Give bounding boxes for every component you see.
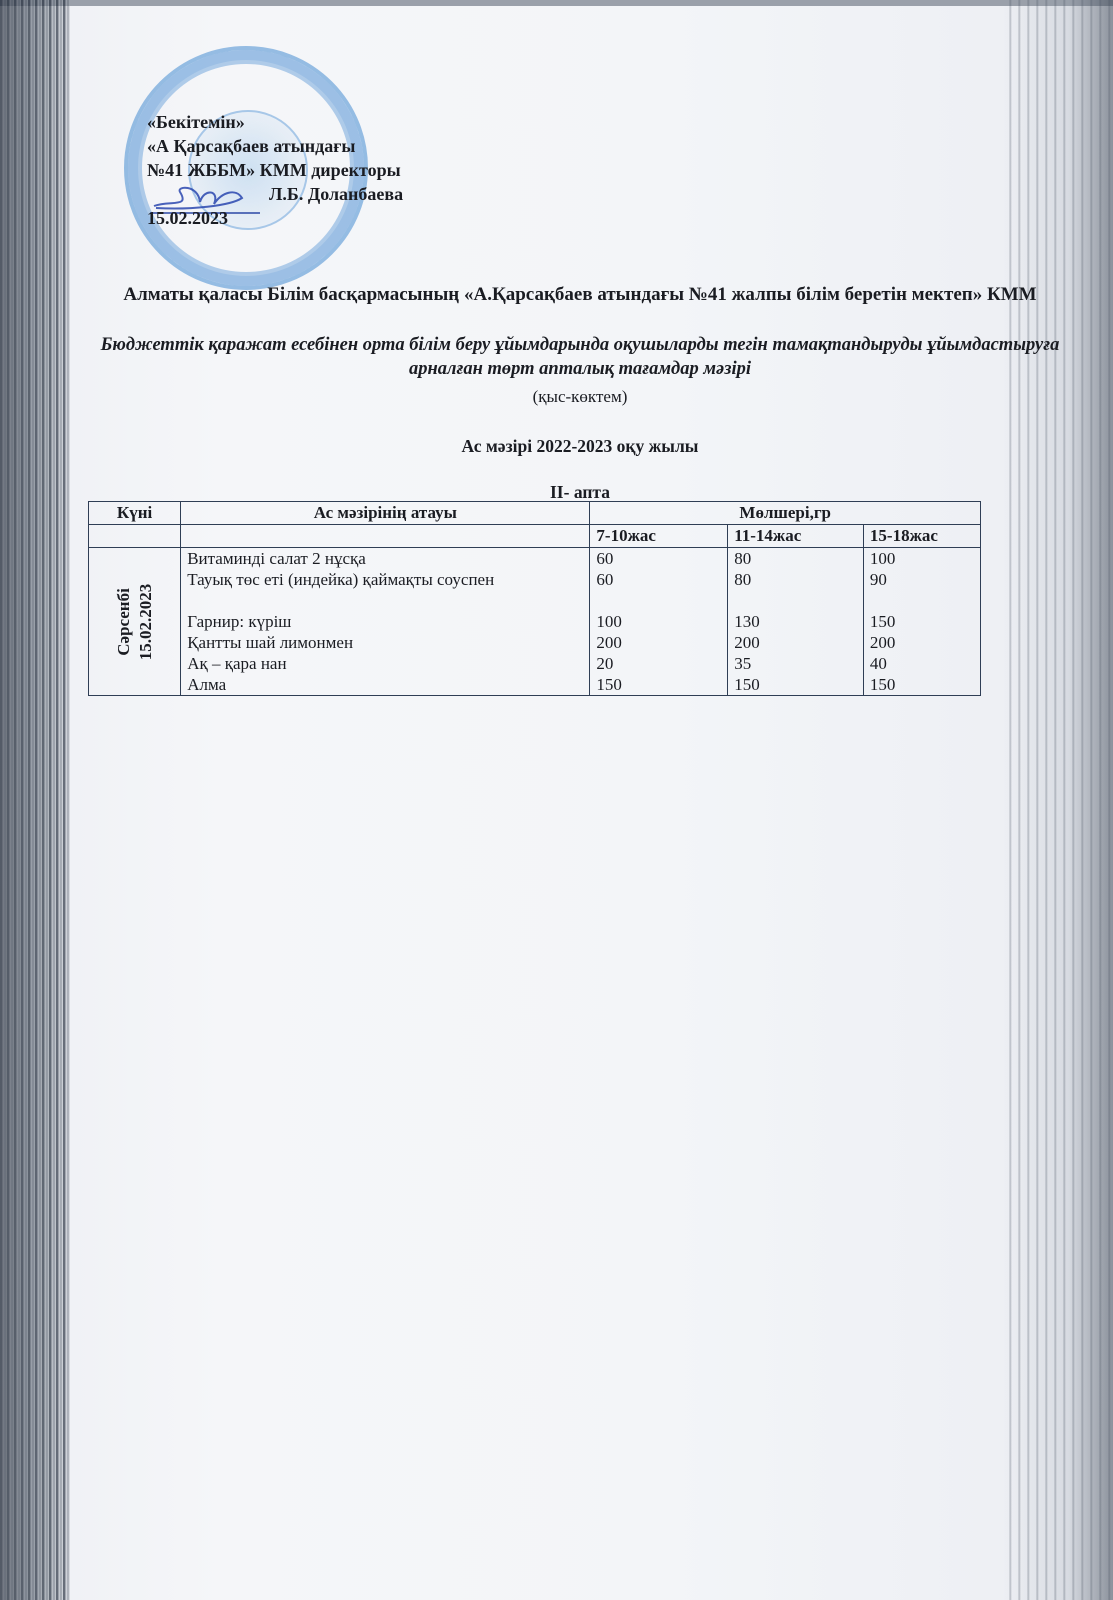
document-subtitle: Бюджеттік қаражат есебінен орта білім бе… [100, 333, 1060, 381]
amount-value: 20 [596, 653, 721, 674]
scan-right-edge [1003, 0, 1113, 1600]
age-group-7-10: 7-10жас [590, 525, 728, 548]
scan-left-edge [0, 0, 70, 1600]
dish-name: Қантты шай лимонмен [187, 632, 583, 653]
approval-position: №41 ЖББМ» КММ директоры [147, 158, 403, 182]
empty-cell [181, 525, 590, 548]
header-amount: Мөлшері,гр [590, 502, 981, 525]
amount-value: 80 [734, 569, 857, 611]
table-row: Сәрсенбі 15.02.2023 Витаминді салат 2 нұ… [89, 548, 981, 696]
amount-list-11-14: 80 80 130 200 35 150 [728, 548, 864, 696]
age-group-15-18: 15-18жас [863, 525, 980, 548]
approval-title: «Бекітемін» [147, 110, 403, 134]
amount-value: 100 [870, 548, 974, 569]
age-group-row: 7-10жас 11-14жас 15-18жас [89, 525, 981, 548]
amount-value: 40 [870, 653, 974, 674]
amount-value: 80 [734, 548, 857, 569]
amount-value: 200 [870, 632, 974, 653]
approval-signer: Л.Б. Доланбаева [269, 184, 403, 204]
day-weekday: Сәрсенбі [113, 583, 135, 660]
day-cell: Сәрсенбі 15.02.2023 [89, 548, 181, 696]
amount-value: 200 [596, 632, 721, 653]
amount-value: 150 [734, 674, 857, 695]
amount-value: 90 [870, 569, 974, 611]
dish-list: Витаминді салат 2 нұсқа Тауық төс еті (и… [181, 548, 590, 696]
organization-title: Алматы қаласы Білім басқармасының «А.Қар… [100, 283, 1060, 307]
approval-block: «Бекітемін» «А Қарсақбаев атындағы №41 Ж… [147, 110, 403, 230]
dish-name: Гарнир: күріш [187, 611, 583, 632]
menu-year-title: Ас мәзірі 2022-2023 оқу жылы [100, 434, 1060, 458]
amount-value: 150 [870, 674, 974, 695]
amount-value: 150 [870, 611, 974, 632]
amount-value: 150 [596, 674, 721, 695]
age-group-11-14: 11-14жас [728, 525, 864, 548]
amount-value: 60 [596, 548, 721, 569]
amount-value: 130 [734, 611, 857, 632]
empty-cell [89, 525, 181, 548]
approval-school: «А Қарсақбаев атындағы [147, 134, 403, 158]
header-day: Күні [89, 502, 181, 525]
dish-name: Тауық төс еті (индейка) қаймақты соуспен [187, 569, 583, 611]
amount-list-15-18: 100 90 150 200 40 150 [863, 548, 980, 696]
season-label: (қыс-көктем) [100, 385, 1060, 409]
approval-date: 15.02.2023 [147, 206, 403, 230]
header-dish-name: Ас мәзірінің атауы [181, 502, 590, 525]
day-date: 15.02.2023 [135, 583, 157, 660]
amount-value: 60 [596, 569, 721, 611]
amount-list-7-10: 60 60 100 200 20 150 [590, 548, 728, 696]
scan-top-edge [0, 0, 1113, 6]
menu-table: Күні Ас мәзірінің атауы Мөлшері,гр 7-10ж… [88, 501, 981, 696]
amount-value: 100 [596, 611, 721, 632]
amount-value: 200 [734, 632, 857, 653]
dish-name: Ақ – қара нан [187, 653, 583, 674]
dish-name: Витаминді салат 2 нұсқа [187, 548, 583, 569]
dish-name: Алма [187, 674, 583, 695]
amount-value: 35 [734, 653, 857, 674]
approval-signer-line: Л.Б. Доланбаева [147, 182, 403, 206]
table-header-row: Күні Ас мәзірінің атауы Мөлшері,гр [89, 502, 981, 525]
